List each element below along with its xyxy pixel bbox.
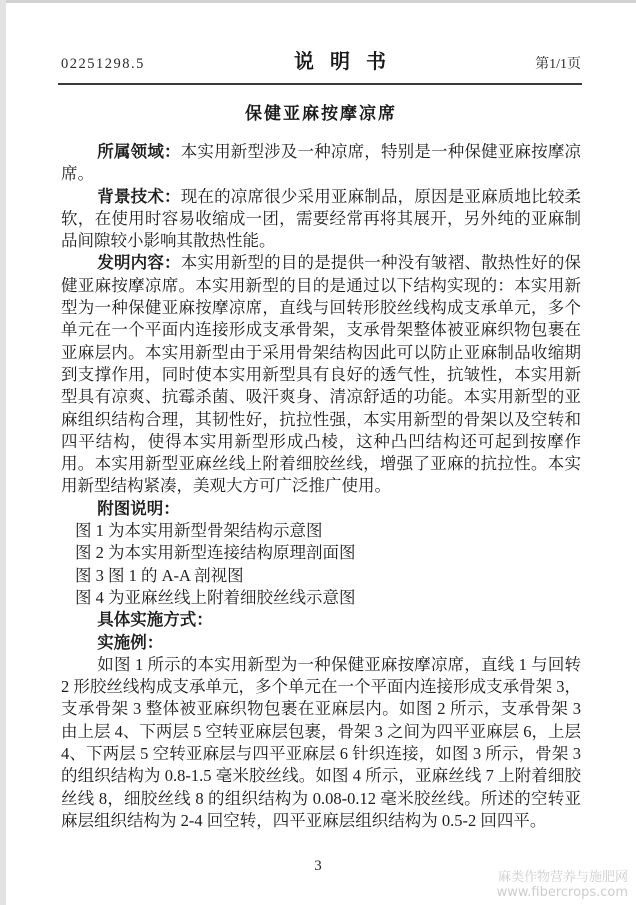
watermark-site-url: www.fibercrops.com [497,885,628,900]
invention-title: 保健亚麻按摩凉席 [61,99,581,124]
field-heading: 所属领域： [97,142,180,161]
scan-edge-left [0,0,6,905]
application-number: 02251298.5 [61,56,145,73]
document-type-title: 说明书 [278,45,402,74]
background-heading: 背景技术： [97,187,180,206]
scan-edge-top [0,0,636,3]
section-field: 所属领域：本实用新型涉及一种凉席，特别是一种保健亚麻按摩凉席。 [61,141,581,186]
figure-list-item: 图 1 为本实用新型骨架结构示意图 [61,520,581,542]
figure-list-item: 图 3 图 1 的 A-A 剖视图 [61,565,581,587]
implementation-heading: 具体实施方式： [61,609,581,631]
section-background: 背景技术：现在的凉席很少采用亚麻制品，原因是亚麻质地比较柔软，在使用时容易收缩成… [61,186,581,253]
section-summary: 发明内容：本实用新型的目的是提供一种没有皱褶、散热性好的保健亚麻按摩凉席。本实用… [61,252,581,497]
document-page: 02251298.5 说明书 第1/1页 保健亚麻按摩凉席 所属领域：本实用新型… [61,45,581,832]
figure-list-item: 图 2 为本实用新型连接结构原理剖面图 [61,542,581,564]
figure-list-item: 图 4 为亚麻丝线上附着细胶丝线示意图 [61,587,581,609]
page-header: 02251298.5 说明书 第1/1页 [61,45,581,74]
document-body: 所属领域：本实用新型涉及一种凉席，特别是一种保健亚麻按摩凉席。 背景技术：现在的… [61,141,581,832]
summary-text: 本实用新型的目的是提供一种没有皱褶、散热性好的保健亚麻按摩凉席。本实用新型的目的… [61,253,581,495]
watermark: 麻类作物营养与施肥网 www.fibercrops.com [497,870,628,900]
watermark-site-name: 麻类作物营养与施肥网 [497,870,628,885]
embodiment-heading: 实施例： [61,632,581,654]
summary-heading: 发明内容： [97,253,180,272]
figures-heading: 附图说明： [61,498,581,520]
header-rule [58,83,582,85]
embodiment-text: 如图 1 所示的本实用新型为一种保健亚麻按摩凉席，直线 1 与回转 2 形胶丝线… [61,654,581,832]
page-indicator: 第1/1页 [535,53,581,73]
